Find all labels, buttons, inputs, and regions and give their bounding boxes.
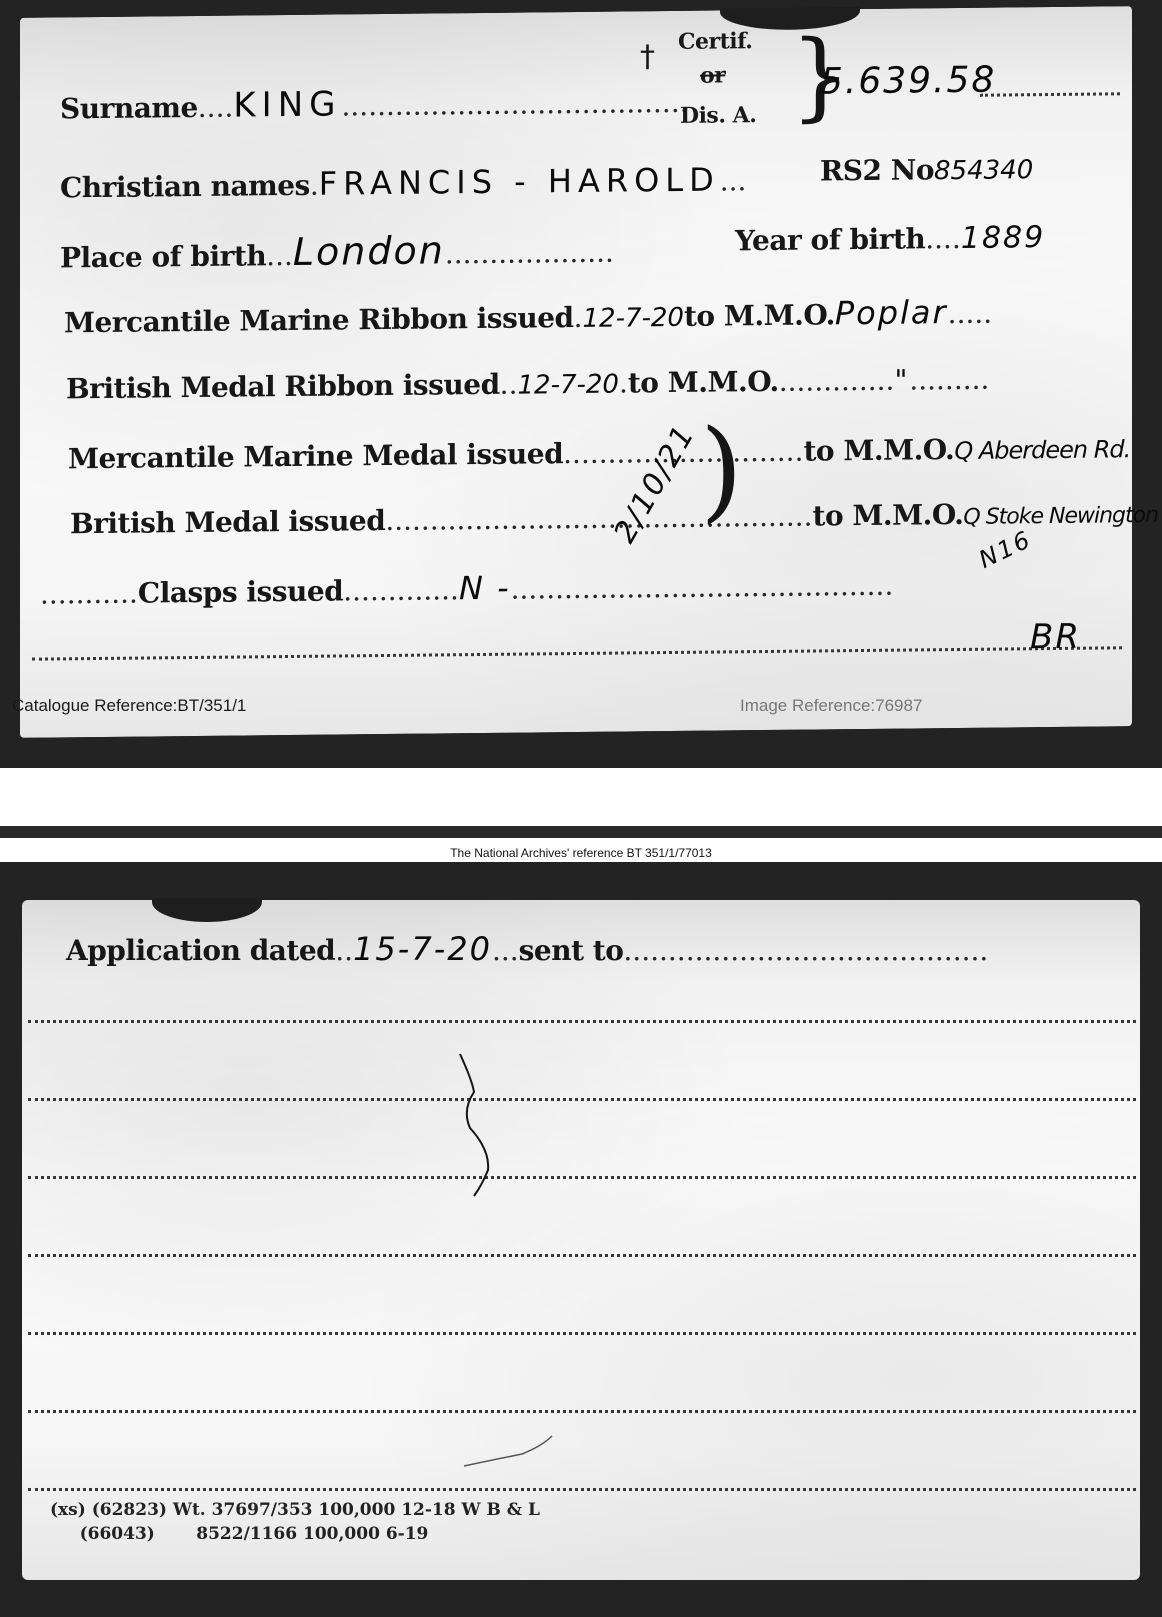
medal-card-front: Surname....KING.........................… (20, 6, 1132, 738)
christian-names-row: Christian names.FRANCIS - HAROLD... (60, 160, 746, 205)
dotted-rule (32, 646, 1122, 660)
front-card-scan: Surname....KING.........................… (0, 0, 1162, 768)
back-card-scan: Application dated..15-7-20...sent to....… (0, 862, 1162, 1617)
medal-card-back: Application dated..15-7-20...sent to....… (22, 900, 1140, 1580)
dotted-rule (28, 1254, 1136, 1257)
dotted-rule (28, 1488, 1136, 1491)
british-medal-annotation: N16 (975, 525, 1036, 574)
certificate-label-bottom: Dis. A. (680, 102, 756, 129)
mm-ribbon-row: Mercantile Marine Ribbon issued.12-7-20t… (64, 293, 992, 341)
surname-row: Surname....KING.........................… (60, 81, 689, 128)
surname-label: Surname (60, 91, 198, 125)
place-of-birth-label: Place of birth (60, 239, 266, 274)
initials-mark: BR (1030, 617, 1081, 658)
application-label: Application dated (66, 934, 335, 967)
printer-line-1: (xs) (62823) Wt. 37697/353 100,000 12-18… (50, 1500, 540, 1520)
british-medal-to-value: Q Stoke Newington (963, 503, 1158, 530)
year-of-birth-label: Year of birth (735, 222, 925, 257)
christian-names-label: Christian names (60, 169, 310, 205)
image-reference: Image Reference:76987 (740, 696, 922, 716)
mm-ribbon-label: Mercantile Marine Ribbon issued (64, 301, 574, 339)
certificate-number: 5.639.58 (820, 60, 996, 103)
clasps-row: ...........Clasps issued.............N -… (40, 565, 893, 612)
card-notch (152, 898, 262, 922)
dotted-rule (28, 1176, 1136, 1179)
rs2-label: RS2 No (820, 153, 934, 187)
british-ribbon-to-label: to M.M.O. (628, 365, 779, 400)
dotted-rule (28, 1098, 1136, 1101)
sent-to-label: sent to (519, 934, 624, 967)
christian-names-value: FRANCIS - HAROLD (319, 160, 720, 202)
dotted-rule (28, 1332, 1136, 1335)
place-of-birth-row: Place of birth...London.................… (60, 227, 614, 277)
dotted-rule (28, 1410, 1136, 1413)
dotted-rule (28, 1020, 1136, 1023)
separator-bar (0, 826, 1162, 838)
british-medal-label: British Medal issued (70, 504, 385, 540)
rs2-row: RS2 No854340 (820, 152, 1033, 187)
certificate-label-top: Certif. (678, 28, 752, 55)
certificate-label-or: or (700, 62, 725, 88)
printer-line-2: (66043) 8522/1166 100,000 6-19 (50, 1524, 428, 1544)
place-of-birth-value: London (293, 228, 445, 274)
year-of-birth-value: 1889 (961, 220, 1045, 256)
surname-value: KING (233, 84, 341, 125)
pen-stroke-mark (462, 1430, 582, 1470)
british-ribbon-row: British Medal Ribbon issued..12-7-20.to … (66, 363, 989, 406)
mm-medal-row: Mercantile Marine Medal issued..........… (68, 431, 1130, 475)
mm-ribbon-to-label: to M.M.O. (684, 298, 835, 333)
clasps-value: N - (459, 569, 511, 608)
medal-brace-icon: ) (700, 405, 743, 533)
mm-medal-to-value: Q Aberdeen Rd. (954, 435, 1130, 465)
catalogue-reference: Catalogue Reference:BT/351/1 (12, 696, 246, 716)
mm-ribbon-date: 12-7-20 (583, 303, 684, 334)
british-ribbon-date: 12-7-20 (517, 370, 618, 401)
british-ribbon-label: British Medal Ribbon issued (66, 368, 500, 406)
squiggle-mark (452, 1050, 512, 1200)
mm-ribbon-to-value: Poplar (835, 293, 948, 332)
british-ribbon-to-value: " (894, 364, 909, 397)
tick-mark: † (640, 39, 655, 74)
application-date: 15-7-20 (353, 930, 492, 968)
clasps-label: Clasps issued (138, 574, 343, 609)
archives-reference: The National Archives' reference BT 351/… (0, 846, 1162, 860)
printer-imprint: (xs) (62823) Wt. 37697/353 100,000 12-18… (50, 1498, 540, 1546)
application-row: Application dated..15-7-20...sent to....… (66, 930, 988, 968)
british-medal-to-label: to M.M.O. (813, 498, 964, 533)
mm-medal-to-label: to M.M.O. (803, 433, 954, 468)
year-of-birth-row: Year of birth....1889 (735, 220, 1045, 258)
dotted-rule (980, 92, 1120, 96)
mm-medal-label: Mercantile Marine Medal issued (68, 437, 563, 475)
rs2-value: 854340 (934, 155, 1033, 186)
